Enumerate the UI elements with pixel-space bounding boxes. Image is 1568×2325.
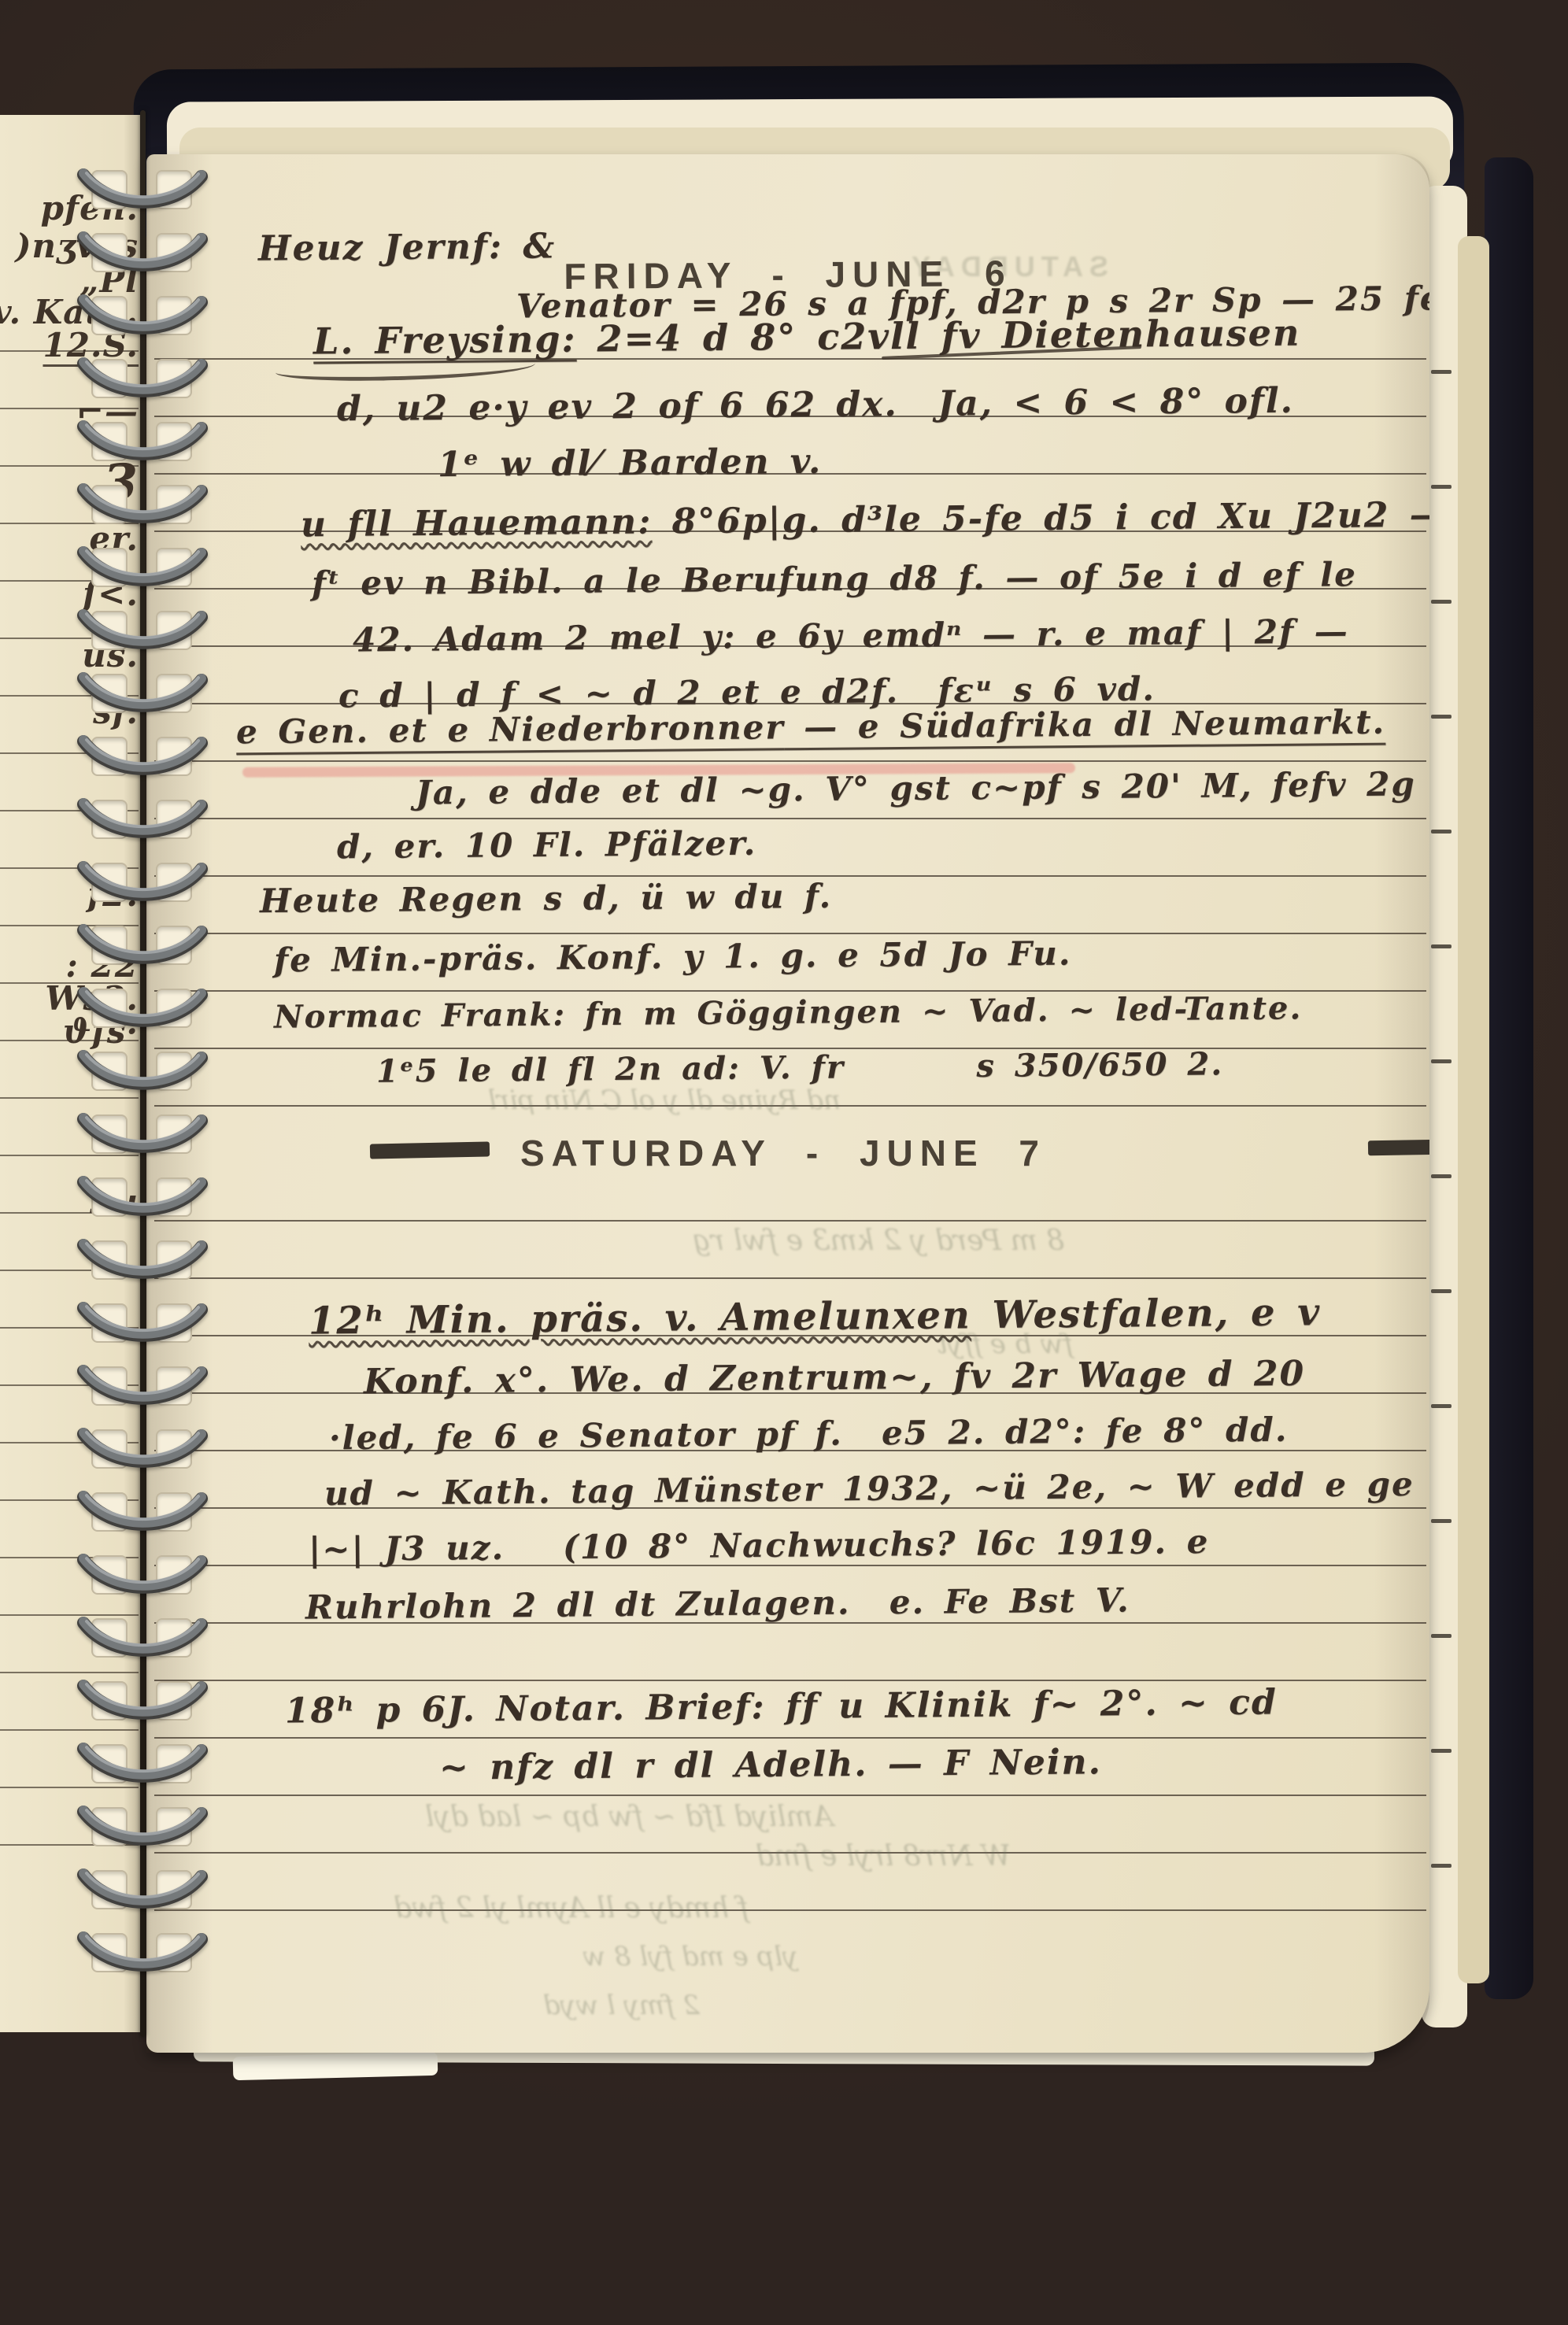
diary-entry-line: L. Freysing: 2=4 d 8° c2vll fv Dietenhau… [313,314,1301,360]
header-rule-dash-left [370,1141,490,1159]
page-stack-edge [233,2052,438,2080]
friday-entries: Heuz Jernf: &Venator = 26 s a fpf, d2r p… [146,154,1429,2053]
ghost-text-content: ylp e md fyl 8 w [582,1941,797,1972]
entry-text: 8°6p|g. d³le 5-fe d5 i cd Xu J2u2 — [652,495,1429,542]
ghost-text-content: W Nrr8 lryl e fmd [756,1840,1011,1872]
entry-text: 18ʰ p 6J. Notar. Brief: ff u Klinik f~ 2… [285,1683,1278,1732]
ruled-line [154,1795,1426,1796]
diary-entry-line: u fll Hauemann: 8°6p|g. d³le 5-fe d5 i c… [301,497,1429,544]
ruled-line [154,1105,1426,1107]
entry-text: ud ~ Kath. tag Münster 1932, ~ü 2e, ~ W … [324,1465,1415,1513]
notebook-photo: pfen.)nʒvos„Plv. Kath.12.S.⌐—3er.ſ<.us.s… [0,0,1568,2325]
ruled-line [154,818,1426,819]
diary-entry-line: 18ʰ p 6J. Notar. Brief: ff u Klinik f~ 2… [285,1684,1278,1729]
ruled-line [154,1048,1426,1049]
diary-entry-line: ud ~ Kath. tag Münster 1932, ~ü 2e, ~ W … [324,1467,1415,1511]
entry-text: ~ nfz dl r dl Adelh. — F Nein. [439,1742,1102,1787]
ruled-line [154,703,1426,704]
entry-text: Westfalen, e v [971,1290,1322,1337]
diary-entry-line: fᵗ ev n Bibl. a le Berufung d8 f. — of 5… [312,557,1357,601]
diary-entry-line: 42. Adam 2 mel y: e 6y emdⁿ — r. e maf |… [353,614,1349,657]
ruled-line [154,530,1426,532]
show-through-ghost-text: 2 fmy l wyd [543,1990,700,2021]
entry-text: Heute Regen s d, ü w du f. [260,877,832,920]
ruled-line [154,1622,1426,1624]
ruled-line [154,1335,1426,1336]
entry-text: 2=4 d 8° c2vll fv Dietenhausen [576,312,1300,360]
ruled-line [154,1450,1426,1451]
ruled-line [154,1909,1426,1911]
entry-text: 1ᵉ5 le dl fl 2n ad: V. fr s 350/650 2. [376,1045,1224,1089]
entry-underlined-part: e Gen. et e Niederbronner [236,708,785,751]
entry-text: 42. Adam 2 mel y: e 6y emdⁿ — r. e maf |… [353,612,1349,659]
ghost-text-content: 2 fmy l wyd [543,1990,700,2021]
show-through-ghost-text: Amliyd Ifd ~ fw bp ~ lad dyl [425,1801,834,1833]
entry-text: d, er. 10 Fl. Pfälzer. [337,824,757,867]
ghost-text-content: Amliyd Ifd ~ fw bp ~ lad dyl [425,1801,834,1833]
entry-text: — e Südafrika dl Neumarkt. [784,703,1385,747]
entry-underlined-part: 12ʰ Min. präs. v. Amelunxen [309,1293,971,1343]
entry-underlined-part: u fll Hauemann: [301,501,653,545]
entry-text: 1ᵉ w dl⁄ Barden v. [438,442,823,485]
binding-gutter-shadow [140,110,146,2037]
ruled-line [154,1680,1426,1681]
ruled-line [154,1737,1426,1739]
ruled-line [154,1392,1426,1394]
show-through-ghost-text: f hmdy e ll Ayml yl 2 fwd [394,1892,749,1924]
diary-entry-line: Heute Regen s d, ü w du f. [260,879,832,919]
show-through-ghost-text: 8 m Perd y 2 km3 e fwl rg [693,1225,1064,1257]
ruled-line [154,1220,1426,1222]
entry-text: fᵗ ev n Bibl. a le Berufung d8 f. — of 5… [312,555,1357,603]
ruled-line [154,990,1426,992]
ruled-line [154,1507,1426,1509]
diary-entry-line: 1ᵉ5 le dl fl 2n ad: V. fr s 350/650 2. [376,1048,1223,1088]
saturday-entries: 12ʰ Min. präs. v. Amelunxen Westfalen, e… [146,154,1429,2053]
entry-text: Ruhrlohn 2 dl dt Zulagen. e. Fe Bst V. [305,1580,1130,1626]
diary-entry-line: ·led, fe 6 e Senator pf f. e5 2. d2°: fe… [329,1413,1289,1456]
diary-entry-line: e Gen. et e Niederbronner — e Südafrika … [236,705,1385,750]
printed-date-header-friday: FRIDAY - JUNE 6 [383,250,1193,298]
diary-entry-line: c d | d f < ~ d 2 et e d2f. fεᵘ s 6 vd. [338,671,1156,713]
entry-text: Konf. x°. We. d Zentrum~, fv 2r Wage d 2… [364,1354,1306,1402]
notebook-cover-edge-right [1485,157,1533,1999]
diary-entry-line: Normac Frank: fn m Göggingen ~ Vad. ~ le… [274,992,1303,1033]
show-through-ghost-text: fw b e ffyt [937,1329,1073,1360]
ghost-text-content: nd Ryine dl y ol C Nin pirl [488,1085,841,1116]
diary-entry-line: d, er. 10 Fl. Pfälzer. [337,826,757,865]
diary-entry-line: |~| J3 uz. (10 8° Nachwuchs? l6c 1919. e [309,1525,1210,1567]
ghost-text-content: fw b e ffyt [937,1329,1073,1360]
entry-text: fe Min.-präs. Konf. y 1. g. e 5d Jo Fu. [274,934,1072,980]
diary-entry-line: 1ᵉ w dl⁄ Barden v. [438,444,823,483]
entry-text: d, u2 e·y ev 2 of 6 62 dx. Ja, < 6 < 8° … [337,381,1294,430]
header-rule-dash-right [1368,1139,1429,1156]
ghost-writing-layer: SATURDAYnd Ryine dl y ol C Nin pirl8 m P… [146,154,1429,2053]
ruled-line [154,416,1426,417]
ruled-line [154,473,1426,475]
ruled-line [154,933,1426,934]
entry-text: |~| J3 uz. (10 8° Nachwuchs? l6c 1919. e [309,1522,1210,1569]
page-content-shift: SATURDAYnd Ryine dl y ol C Nin pirl8 m P… [146,154,1429,2053]
entry-text: c d | d f < ~ d 2 et e d2f. fεᵘ s 6 vd. [338,669,1156,715]
ruled-line [154,1565,1426,1566]
ink-flourish [276,353,535,383]
ruled-line [154,875,1426,877]
diary-entry-line: fe Min.-präs. Konf. y 1. g. e 5d Jo Fu. [274,937,1072,978]
show-through-ghost-text: W Nrr8 lryl e fmd [756,1840,1011,1872]
ghost-text-content: 8 m Perd y 2 km3 e fwl rg [693,1225,1064,1257]
ruled-line [154,760,1426,762]
entry-text: ·led, fe 6 e Senator pf f. e5 2. d2°: fe… [329,1410,1289,1458]
show-through-ghost-text: nd Ryine dl y ol C Nin pirl [488,1085,841,1116]
ruled-line [154,645,1426,647]
diary-entry-line: 12ʰ Min. präs. v. Amelunxen Westfalen, e… [309,1292,1322,1341]
diary-entry-line: ~ nfz dl r dl Adelh. — F Nein. [439,1744,1102,1787]
diary-entry-line: Ruhrlohn 2 dl dt Zulagen. e. Fe Bst V. [305,1583,1130,1625]
diary-entry-line: d, u2 e·y ev 2 of 6 62 dx. Ja, < 6 < 8° … [337,383,1294,428]
diary-page-content: SATURDAYnd Ryine dl y ol C Nin pirl8 m P… [146,154,1429,2053]
ruled-line [154,1277,1426,1279]
ruled-line [154,1852,1426,1854]
ruled-line [154,588,1426,590]
ink-strikethrough [882,346,1141,360]
previous-page-edge [0,115,144,2032]
entry-text: Normac Frank: fn m Göggingen ~ Vad. ~ le… [274,989,1303,1035]
ruled-lines [146,154,1429,2053]
show-through-ghost-text: ylp e md fyl 8 w [582,1941,797,1972]
page-stack-edge [1458,236,1489,1983]
ghost-text-content: f hmdy e ll Ayml yl 2 fwd [394,1892,749,1924]
diary-entry-line: Konf. x°. We. d Zentrum~, fv 2r Wage d 2… [364,1356,1305,1401]
red-pencil-underline [242,763,1075,778]
